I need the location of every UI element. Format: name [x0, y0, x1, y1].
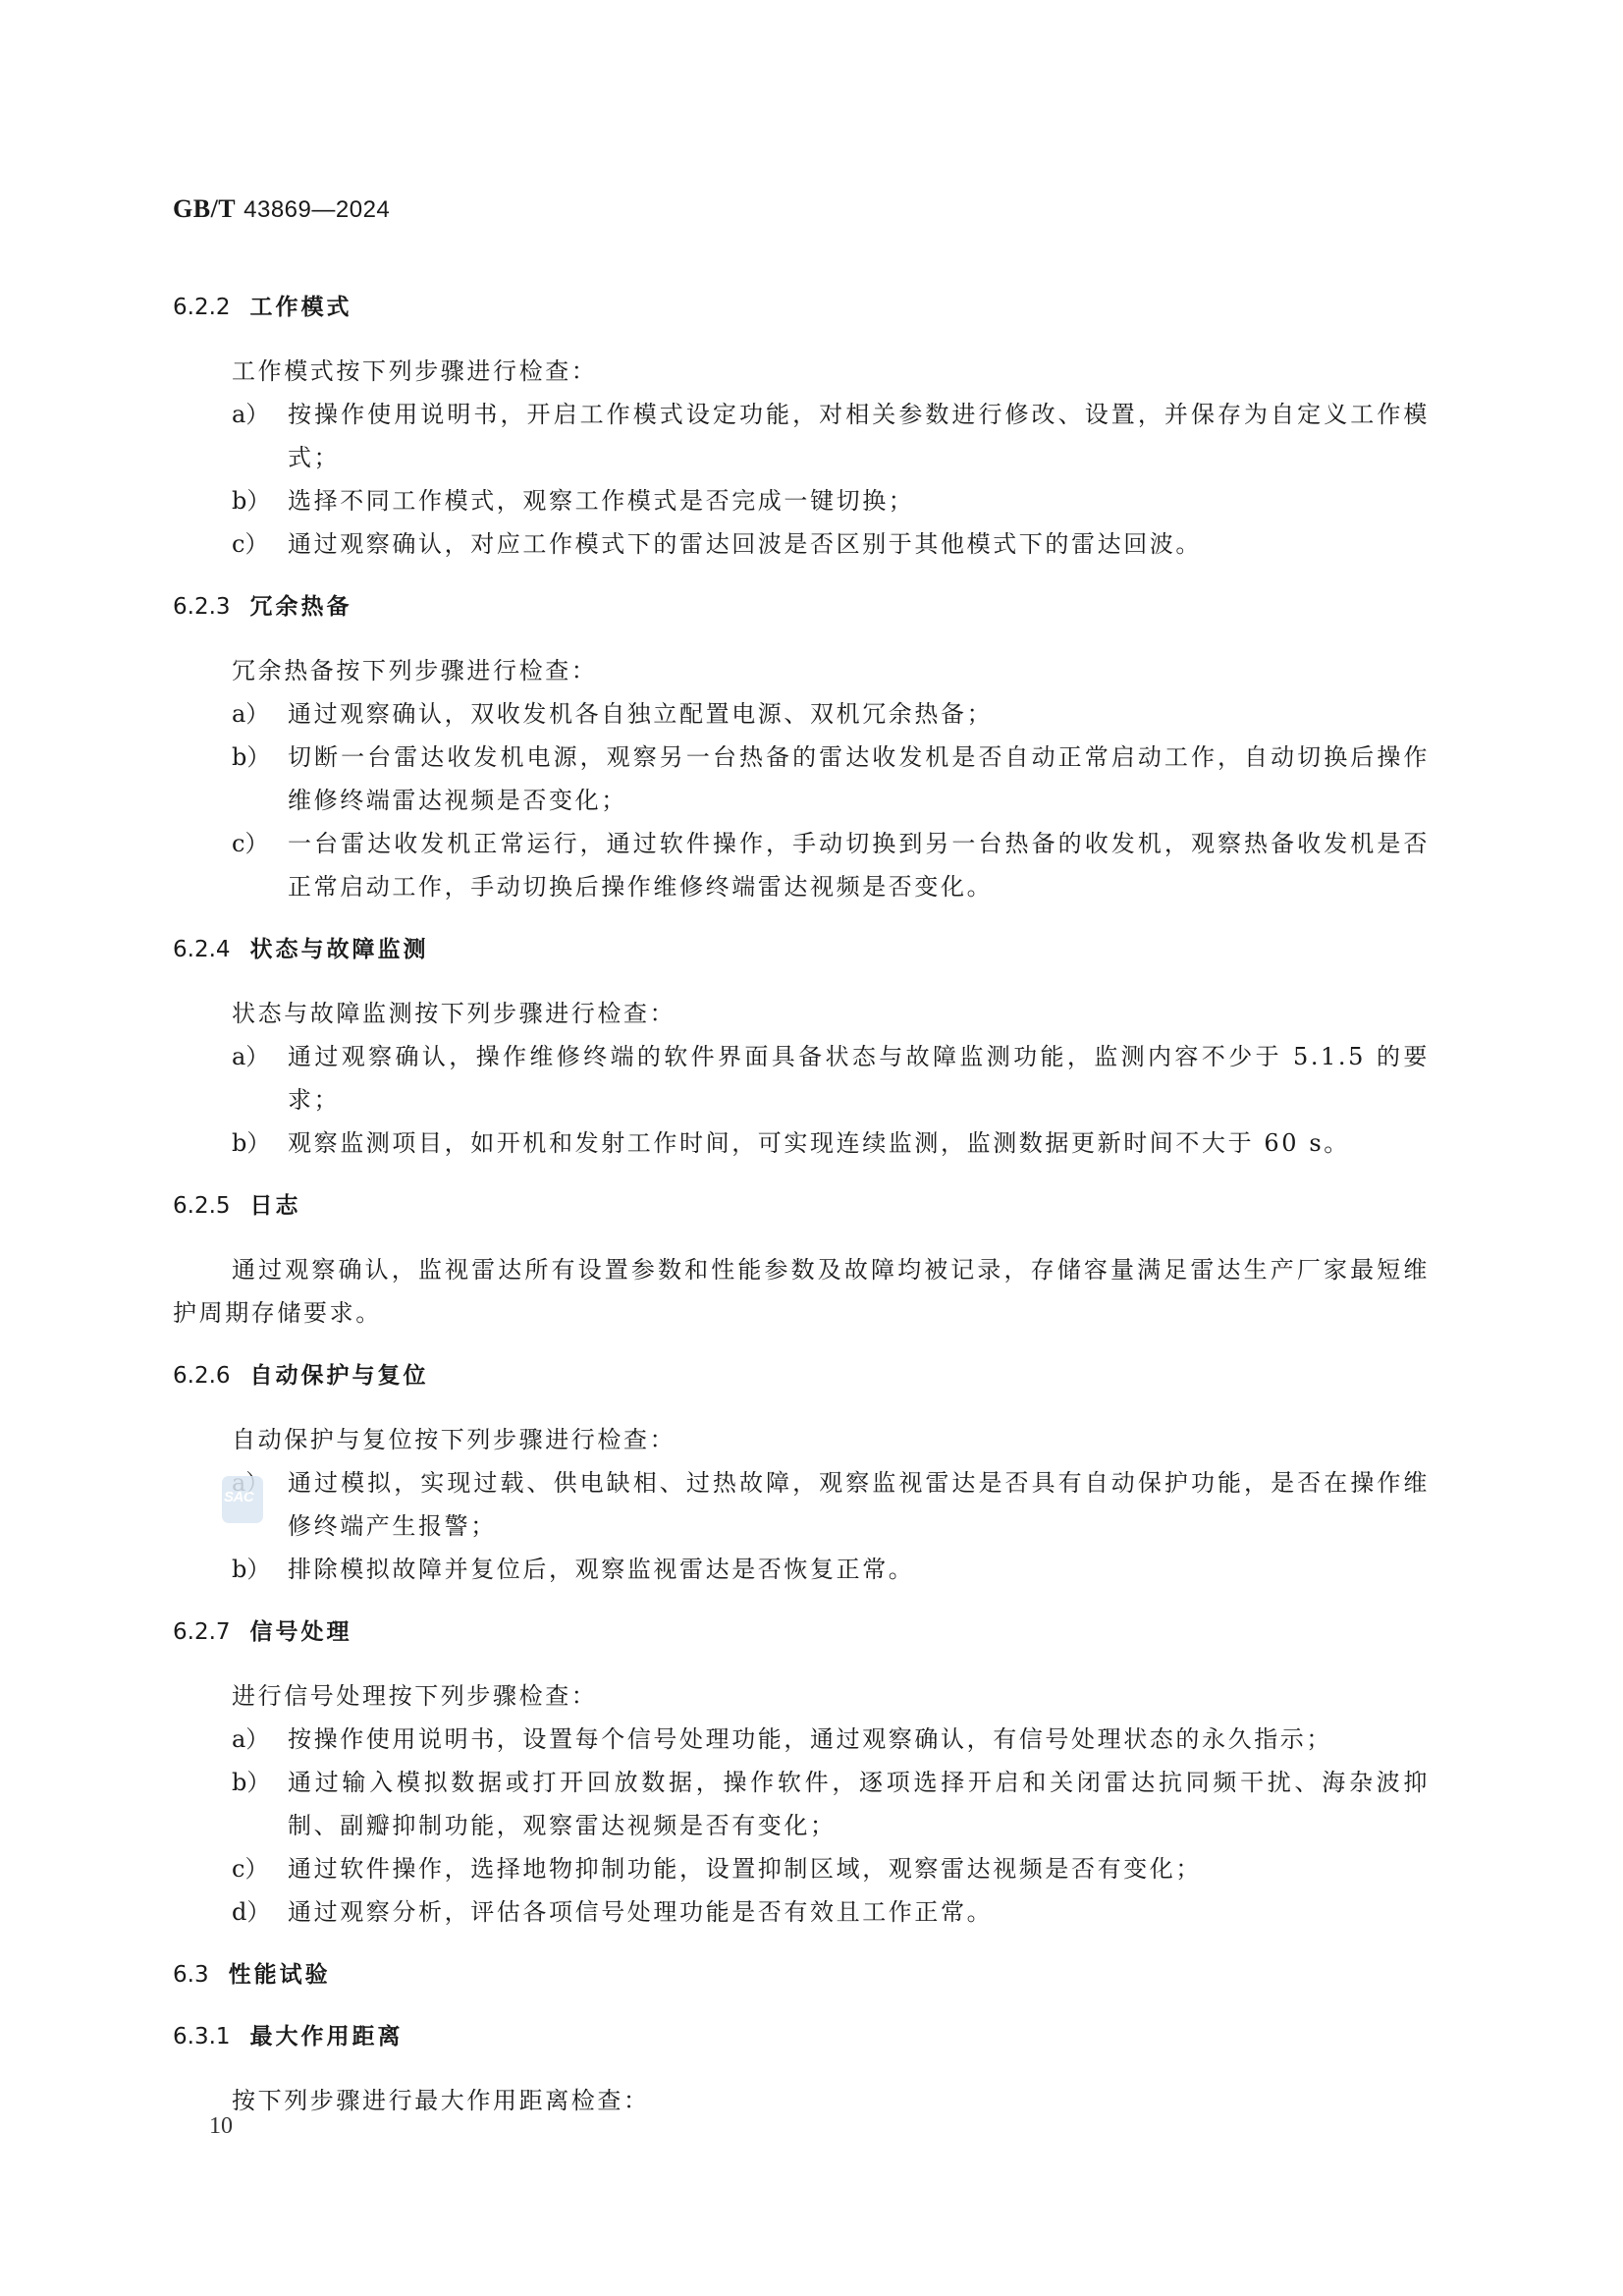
list-marker: b） [232, 1121, 270, 1165]
list-item-text: 选择不同工作模式，观察工作模式是否完成一键切换； [288, 487, 914, 515]
list-item-text: 通过软件操作，选择地物抑制功能，设置抑制区域，观察雷达视频是否有变化； [288, 1855, 1202, 1883]
standard-code-header: GB/T43869—2024 [173, 194, 390, 224]
list-marker: a） [232, 692, 269, 736]
section-heading-6-2-2: 6.2.2工作模式 [173, 287, 1430, 328]
list-marker: a） [232, 393, 269, 436]
list-item: b）通过输入模拟数据或打开回放数据，操作软件，逐项选择开启和关闭雷达抗同频干扰、… [173, 1761, 1430, 1847]
list-marker: b） [232, 1548, 270, 1591]
document-page: GB/T43869—2024 6.2.2工作模式 工作模式按下列步骤进行检查： … [0, 0, 1623, 2296]
section-title: 冗余热备 [250, 594, 352, 620]
list-item-text: 按操作使用说明书，设置每个信号处理功能，通过观察确认，有信号处理状态的永久指示； [288, 1725, 1332, 1753]
section-number: 6.2.5 [173, 1185, 231, 1227]
list-marker: a） [232, 1718, 269, 1761]
section-heading-6-2-5: 6.2.5日志 [173, 1185, 1430, 1227]
list-marker: c） [232, 522, 268, 566]
standard-number: 43869—2024 [243, 196, 390, 223]
list-item: b）切断一台雷达收发机电源，观察另一台热备的雷达收发机是否自动正常启动工作，自动… [173, 736, 1430, 822]
section-number: 6.2.2 [173, 287, 231, 328]
list-marker: c） [232, 1847, 268, 1890]
section-title: 状态与故障监测 [250, 937, 429, 962]
section-heading-6-3-1: 6.3.1最大作用距离 [173, 2016, 1430, 2057]
list-item: a）按操作使用说明书，设置每个信号处理功能，通过观察确认，有信号处理状态的永久指… [173, 1718, 1430, 1761]
list-item: b）观察监测项目，如开机和发射工作时间，可实现连续监测，监测数据更新时间不大于 … [173, 1121, 1430, 1165]
section-intro: 冗余热备按下列步骤进行检查： [173, 649, 1430, 692]
list-item-text: 通过观察确认，对应工作模式下的雷达回波是否区别于其他模式下的雷达回波。 [288, 530, 1202, 558]
section-title: 性能试验 [229, 1962, 331, 1988]
section-intro: 自动保护与复位按下列步骤进行检查： [173, 1418, 1430, 1461]
sac-watermark-logo: SAC [222, 1476, 263, 1523]
list-item-text: 一台雷达收发机正常运行，通过软件操作，手动切换到另一台热备的收发机，观察热备收发… [288, 830, 1430, 901]
watermark-text: SAC [224, 1489, 253, 1505]
step-list: a）通过观察确认，双收发机各自独立配置电源、双机冗余热备； b）切断一台雷达收发… [173, 692, 1430, 908]
list-item-text: 切断一台雷达收发机电源，观察另一台热备的雷达收发机是否自动正常启动工作，自动切换… [288, 743, 1430, 814]
list-item: d）通过观察分析，评估各项信号处理功能是否有效且工作正常。 [173, 1890, 1430, 1934]
section-title: 信号处理 [250, 1619, 352, 1645]
list-item-text: 通过观察确认，操作维修终端的软件界面具备状态与故障监测功能，监测内容不少于 5.… [288, 1043, 1430, 1114]
section-intro: 按下列步骤进行最大作用距离检查： [173, 2079, 1430, 2122]
list-item: a）通过模拟，实现过载、供电缺相、过热故障，观察监视雷达是否具有自动保护功能，是… [173, 1461, 1430, 1548]
section-intro: 工作模式按下列步骤进行检查： [173, 350, 1430, 393]
section-number: 6.2.6 [173, 1355, 231, 1396]
step-list: a）通过观察确认，操作维修终端的软件界面具备状态与故障监测功能，监测内容不少于 … [173, 1035, 1430, 1165]
list-marker: b） [232, 1761, 270, 1804]
list-item-text: 通过观察确认，双收发机各自独立配置电源、双机冗余热备； [288, 700, 993, 728]
section-number: 6.2.3 [173, 586, 231, 628]
list-item: c）通过观察确认，对应工作模式下的雷达回波是否区别于其他模式下的雷达回波。 [173, 522, 1430, 566]
standard-prefix: GB/T [173, 194, 236, 223]
page-number: 10 [209, 2113, 233, 2140]
list-marker: a） [232, 1035, 269, 1078]
document-body: 6.2.2工作模式 工作模式按下列步骤进行检查： a）按操作使用说明书，开启工作… [173, 287, 1430, 2122]
section-number: 6.2.7 [173, 1612, 231, 1653]
section-paragraph: 通过观察确认，监视雷达所有设置参数和性能参数及故障均被记录，存储容量满足雷达生产… [173, 1248, 1430, 1335]
list-item-text: 排除模拟故障并复位后，观察监视雷达是否恢复正常。 [288, 1556, 914, 1583]
list-item: c）一台雷达收发机正常运行，通过软件操作，手动切换到另一台热备的收发机，观察热备… [173, 822, 1430, 908]
section-number: 6.2.4 [173, 929, 231, 970]
section-intro: 进行信号处理按下列步骤检查： [173, 1674, 1430, 1718]
section-number: 6.3 [173, 1954, 209, 1995]
list-item-text: 通过输入模拟数据或打开回放数据，操作软件，逐项选择开启和关闭雷达抗同频干扰、海杂… [288, 1769, 1430, 1839]
section-title: 最大作用距离 [250, 2024, 404, 2050]
list-marker: c） [232, 822, 268, 865]
section-heading-6-2-6: 6.2.6自动保护与复位 [173, 1355, 1430, 1396]
section-title: 日志 [250, 1193, 301, 1219]
step-list: a）按操作使用说明书，开启工作模式设定功能，对相关参数进行修改、设置，并保存为自… [173, 393, 1430, 566]
list-item-text: 按操作使用说明书，开启工作模式设定功能，对相关参数进行修改、设置，并保存为自定义… [288, 401, 1430, 471]
list-item: a）按操作使用说明书，开启工作模式设定功能，对相关参数进行修改、设置，并保存为自… [173, 393, 1430, 479]
list-item: b）选择不同工作模式，观察工作模式是否完成一键切换； [173, 479, 1430, 522]
section-heading-6-2-7: 6.2.7信号处理 [173, 1612, 1430, 1653]
section-heading-6-2-3: 6.2.3冗余热备 [173, 586, 1430, 628]
list-item: c）通过软件操作，选择地物抑制功能，设置抑制区域，观察雷达视频是否有变化； [173, 1847, 1430, 1890]
list-marker: b） [232, 479, 270, 522]
section-number: 6.3.1 [173, 2016, 231, 2057]
list-marker: d） [232, 1890, 270, 1934]
list-item: a）通过观察确认，双收发机各自独立配置电源、双机冗余热备； [173, 692, 1430, 736]
list-item-text: 观察监测项目，如开机和发射工作时间，可实现连续监测，监测数据更新时间不大于 60… [288, 1129, 1350, 1157]
list-marker: b） [232, 736, 270, 779]
section-heading-6-2-4: 6.2.4状态与故障监测 [173, 929, 1430, 970]
section-intro: 状态与故障监测按下列步骤进行检查： [173, 992, 1430, 1035]
section-heading-6-3: 6.3性能试验 [173, 1954, 1430, 1995]
section-title: 工作模式 [250, 295, 352, 320]
list-item-text: 通过模拟，实现过载、供电缺相、过热故障，观察监视雷达是否具有自动保护功能，是否在… [288, 1469, 1430, 1540]
list-item-text: 通过观察分析，评估各项信号处理功能是否有效且工作正常。 [288, 1898, 993, 1926]
step-list: a）按操作使用说明书，设置每个信号处理功能，通过观察确认，有信号处理状态的永久指… [173, 1718, 1430, 1934]
step-list: a）通过模拟，实现过载、供电缺相、过热故障，观察监视雷达是否具有自动保护功能，是… [173, 1461, 1430, 1591]
list-item: a）通过观察确认，操作维修终端的软件界面具备状态与故障监测功能，监测内容不少于 … [173, 1035, 1430, 1121]
list-item: b）排除模拟故障并复位后，观察监视雷达是否恢复正常。 [173, 1548, 1430, 1591]
section-title: 自动保护与复位 [250, 1363, 429, 1389]
